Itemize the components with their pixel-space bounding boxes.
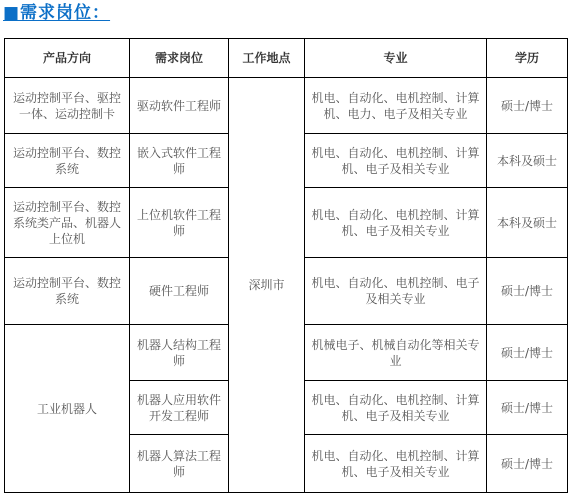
cell-major: 机械电子、机械自动化等相关专业 — [305, 325, 487, 381]
cell-direction: 运动控制平台、驱控一体、运动控制卡 — [5, 78, 130, 134]
job-requirements-table: 产品方向 需求岗位 工作地点 专业 学历 运动控制平台、驱控一体、运动控制卡 驱… — [4, 38, 568, 493]
cell-position: 嵌入式软件工程师 — [130, 134, 229, 188]
cell-degree: 本科及硕士 — [487, 188, 568, 258]
header-degree: 学历 — [487, 39, 568, 78]
cell-major: 机电、自动化、电机控制、计算机、电子及相关专业 — [305, 381, 487, 435]
cell-degree: 硕士/博士 — [487, 325, 568, 381]
cell-position: 硬件工程师 — [130, 258, 229, 325]
table-row: 运动控制平台、驱控一体、运动控制卡 驱动软件工程师 深圳市 机电、自动化、电机控… — [5, 78, 568, 134]
cell-major: 机电、自动化、电机控制、计算机、电子及相关专业 — [305, 188, 487, 258]
cell-major: 机电、自动化、电机控制、计算机、电子及相关专业 — [305, 134, 487, 188]
cell-major: 机电、自动化、电机控制、计算机、电力、电子及相关专业 — [305, 78, 487, 134]
cell-position: 机器人结构工程师 — [130, 325, 229, 381]
cell-position: 上位机软件工程师 — [130, 188, 229, 258]
cell-position: 驱动软件工程师 — [130, 78, 229, 134]
cell-direction: 工业机器人 — [5, 325, 130, 493]
cell-degree: 硕士/博士 — [487, 435, 568, 493]
cell-direction: 运动控制平台、数控系统类产品、机器人上位机 — [5, 188, 130, 258]
table-header-row: 产品方向 需求岗位 工作地点 专业 学历 — [5, 39, 568, 78]
header-direction: 产品方向 — [5, 39, 130, 78]
cell-direction: 运动控制平台、数控系统 — [5, 258, 130, 325]
section-title: ■需求岗位： — [3, 2, 110, 24]
cell-position: 机器人算法工程师 — [130, 435, 229, 493]
header-location: 工作地点 — [229, 39, 305, 78]
cell-location: 深圳市 — [229, 78, 305, 493]
cell-major: 机电、自动化、电机控制、计算机、电子及相关专业 — [305, 435, 487, 493]
cell-position: 机器人应用软件开发工程师 — [130, 381, 229, 435]
cell-degree: 硕士/博士 — [487, 381, 568, 435]
cell-degree: 本科及硕士 — [487, 134, 568, 188]
cell-degree: 硕士/博士 — [487, 258, 568, 325]
cell-major: 机电、自动化、电机控制、电子及相关专业 — [305, 258, 487, 325]
cell-degree: 硕士/博士 — [487, 78, 568, 134]
cell-direction: 运动控制平台、数控系统 — [5, 134, 130, 188]
header-major: 专业 — [305, 39, 487, 78]
header-position: 需求岗位 — [130, 39, 229, 78]
